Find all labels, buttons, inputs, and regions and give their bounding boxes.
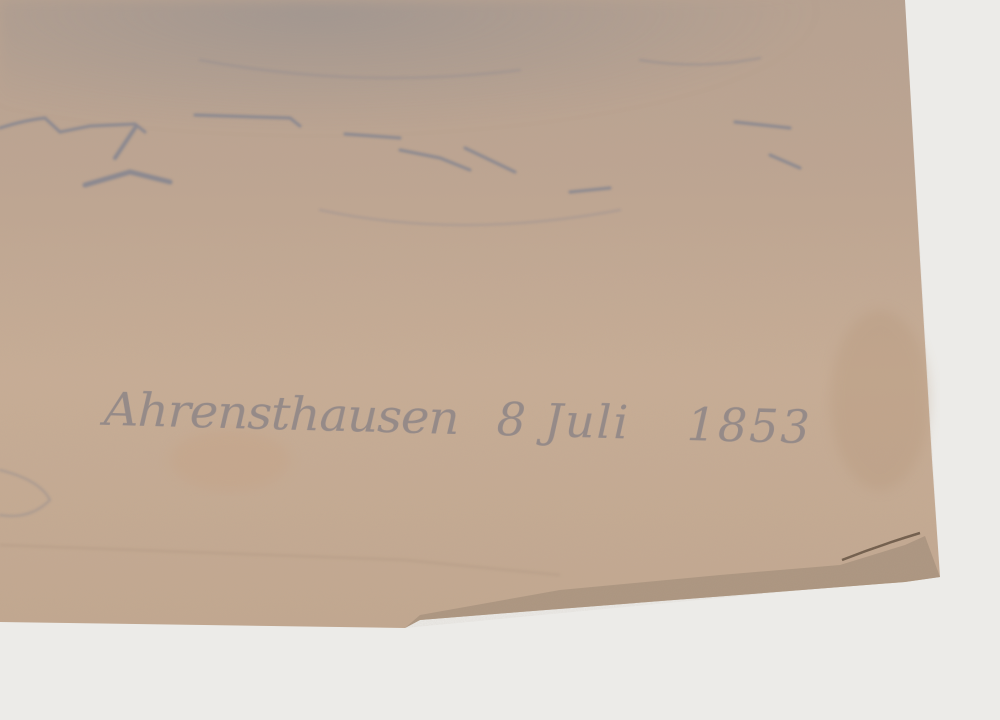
photograph: Ahrensthausen 8 Juli 1853 <box>0 0 1000 720</box>
sketch-paper <box>0 0 1000 720</box>
inscription-year: 1853 <box>686 397 812 454</box>
inscription-place: Ahrensthausen <box>103 382 459 445</box>
inscription-date: 8 Juli <box>496 392 631 449</box>
